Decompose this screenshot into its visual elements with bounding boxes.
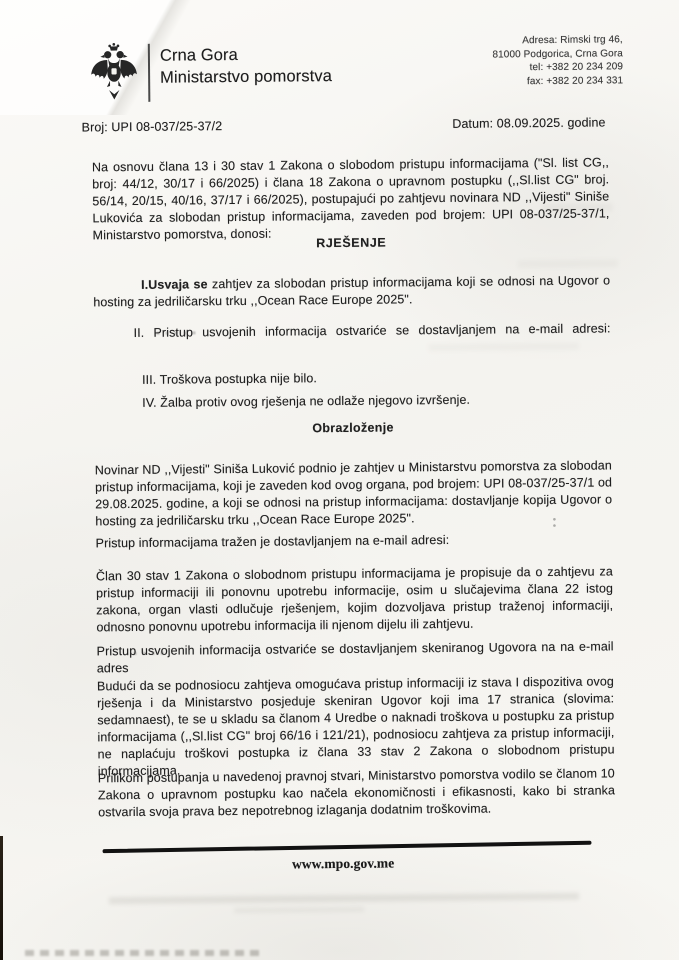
address-block: Adresa: Rimski trg 46, 81000 Podgorica, … [492, 33, 623, 88]
fax-line: fax: +382 20 234 331 [493, 74, 624, 89]
reference-row: Broj: UPI 08-037/25-37/2 Datum: 08.09.20… [82, 115, 606, 134]
operative-item-2: II. Pristup usvojenih informacija ostvar… [93, 320, 610, 359]
operative-item-1-lead: I.Usvaja se [141, 277, 208, 292]
explanation-paragraph-5: Budući da se podnosiocu zahtjeva omoguća… [97, 673, 615, 780]
letterhead: Crna Gora Ministarstvo pomorstva [88, 40, 332, 102]
scan-bottom-artifact [25, 950, 260, 956]
document-date: Datum: 08.09.2025. godine [452, 115, 605, 130]
redacted-email-mark [552, 518, 556, 527]
coat-of-arms-icon [88, 42, 141, 102]
phone-line: tel: +382 20 234 209 [493, 60, 624, 75]
case-number: Broj: UPI 08-037/25-37/2 [82, 119, 223, 134]
scan-artifact [109, 893, 579, 905]
explanation-paragraph-6: Prilikom postupanja u navedenoj pravnoj … [98, 765, 615, 821]
address-line: 81000 Podgorica, Crna Gora [492, 47, 623, 62]
explanation-paragraph-4: Pristup usvojenih informacija ostvariće … [97, 638, 614, 677]
operative-item-4: IV. Žalba protiv ovog rješenja ne odlaže… [94, 390, 611, 412]
country-name: Crna Gora [160, 43, 332, 67]
scan-artifact [234, 907, 364, 913]
operative-item-3: III. Troškova postupka nije bilo. [94, 367, 611, 389]
website-url: www.mpo.gov.me [4, 853, 679, 876]
explanation-paragraph-3: Član 30 stav 1 Zakona o slobodnom pristu… [96, 563, 614, 636]
letterhead-divider [148, 44, 151, 102]
scan-artifact [518, 259, 618, 268]
scan-edge-artifact [0, 836, 3, 960]
explanation-paragraph-2: Pristup informacijama tražen je dostavlj… [96, 530, 613, 552]
document-content: Crna Gora Ministarstvo pomorstva Adresa:… [0, 0, 679, 960]
footer-rule [103, 841, 592, 854]
scanned-document-page: Crna Gora Ministarstvo pomorstva Adresa:… [0, 0, 679, 960]
redacted-email-smudge [157, 331, 197, 334]
ministry-name: Ministarstvo pomorstva [160, 65, 332, 89]
operative-item-1: I.Usvaja se zahtjev za slobodan pristup … [93, 272, 610, 311]
redacted-email-smudge [134, 652, 168, 655]
address-line: Adresa: Rimski trg 46, [492, 33, 623, 48]
explanation-paragraph-1: Novinar ND ,,Vijesti" Siniša Luković pod… [95, 457, 613, 530]
explanation-title: Obrazloženje [94, 418, 611, 437]
preamble-paragraph: Na osnovu člana 13 i 30 stav 1 Zakona o … [92, 154, 610, 244]
